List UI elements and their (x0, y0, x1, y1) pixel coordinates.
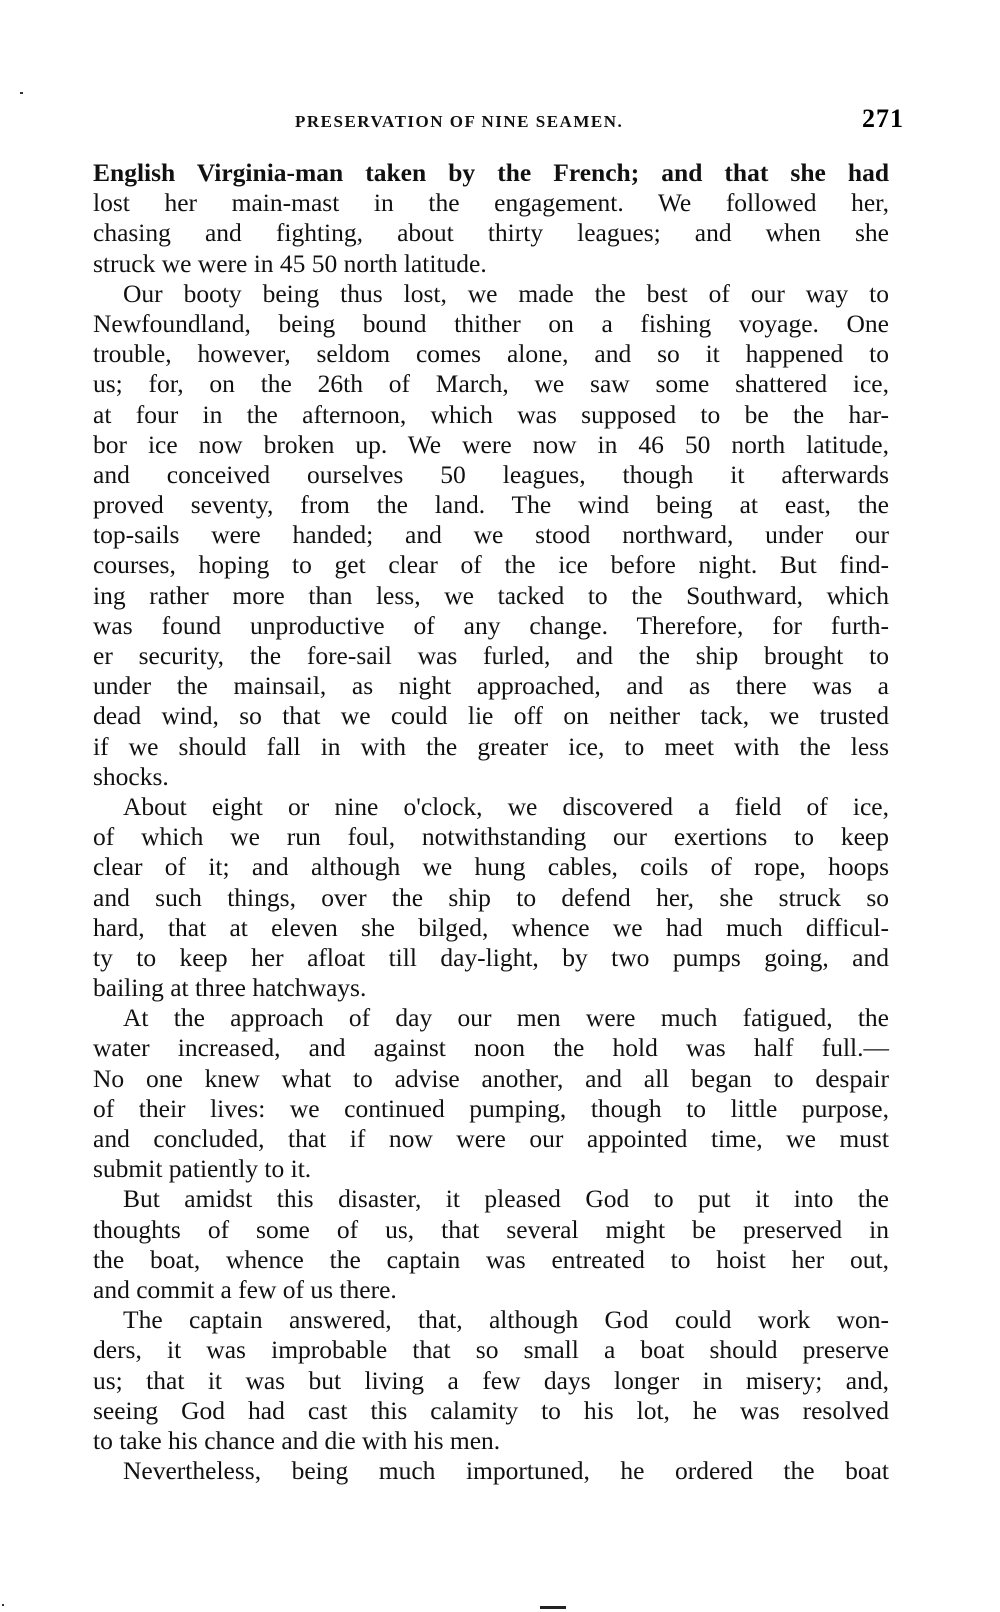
paragraph: But amidst this disaster, it pleased God… (93, 1184, 889, 1305)
text-line: Our booty being thus lost, we made the b… (93, 279, 889, 309)
text-line: clear of it; and although we hung cables… (93, 852, 889, 882)
text-line: and conceived ourselves 50 leagues, thou… (93, 460, 889, 490)
text-line: thoughts of some of us, that several mig… (93, 1215, 889, 1245)
page-number: 271 (862, 104, 904, 134)
text-line: seeing God had cast this calamity to his… (93, 1396, 889, 1426)
text-line: and concluded, that if now were our appo… (93, 1124, 889, 1154)
text-line: ders, it was improbable that so small a … (93, 1335, 889, 1365)
text-line: ty to keep her afloat till day-light, by… (93, 943, 889, 973)
paragraph: About eight or nine o'clock, we discover… (93, 792, 889, 1003)
text-line: chasing and fighting, about thirty leagu… (93, 218, 889, 248)
text-line: Nevertheless, being much importuned, he … (93, 1456, 889, 1486)
text-line: us; that it was but living a few days lo… (93, 1366, 889, 1396)
text-line: hard, that at eleven she bilged, whence … (93, 913, 889, 943)
text-line: was found unproductive of any change. Th… (93, 611, 889, 641)
text-line: the boat, whence the captain was entreat… (93, 1245, 889, 1275)
text-line: The captain answered, that, although God… (93, 1305, 889, 1335)
text-line: submit patiently to it. (93, 1154, 889, 1184)
running-head: PRESERVATION OF NINE SEAMEN. (295, 112, 715, 132)
text-line: top-sails were handed; and we stood nort… (93, 520, 889, 550)
text-line: English Virginia-man taken by the French… (93, 158, 889, 188)
text-line: proved seventy, from the land. The wind … (93, 490, 889, 520)
text-line: Newfoundland, being bound thither on a f… (93, 309, 889, 339)
text-line: At the approach of day our men were much… (93, 1003, 889, 1033)
signature-mark (540, 1606, 566, 1609)
text-line: No one knew what to advise another, and … (93, 1064, 889, 1094)
text-line: trouble, however, seldom comes alone, an… (93, 339, 889, 369)
body-text: English Virginia-man taken by the French… (93, 158, 889, 1486)
paragraph: Our booty being thus lost, we made the b… (93, 279, 889, 792)
text-line: and commit a few of us there. (93, 1275, 889, 1305)
text-line: us; for, on the 26th of March, we saw so… (93, 369, 889, 399)
text-line: bailing at three hatchways. (93, 973, 889, 1003)
paragraph: At the approach of day our men were much… (93, 1003, 889, 1184)
text-line: shocks. (93, 762, 889, 792)
text-line: But amidst this disaster, it pleased God… (93, 1184, 889, 1214)
text-line: dead wind, so that we could lie off on n… (93, 701, 889, 731)
scanned-book-page: PRESERVATION OF NINE SEAMEN. 271 English… (0, 0, 1000, 1612)
text-line: if we should fall in with the greater ic… (93, 732, 889, 762)
text-line: at four in the afternoon, which was supp… (93, 400, 889, 430)
stray-ink-mark (2, 1604, 4, 1606)
text-line: About eight or nine o'clock, we discover… (93, 792, 889, 822)
text-line: struck we were in 45 50 north latitude. (93, 249, 889, 279)
text-line: under the mainsail, as night approached,… (93, 671, 889, 701)
text-line: and such things, over the ship to defend… (93, 883, 889, 913)
text-line: ing rather more than less, we tacked to … (93, 581, 889, 611)
text-line: er security, the fore-sail was furled, a… (93, 641, 889, 671)
text-line: to take his chance and die with his men. (93, 1426, 889, 1456)
text-line: of which we run foul, notwithstanding ou… (93, 822, 889, 852)
text-line: courses, hoping to get clear of the ice … (93, 550, 889, 580)
paragraph: The captain answered, that, although God… (93, 1305, 889, 1456)
paragraph: Nevertheless, being much importuned, he … (93, 1456, 889, 1486)
paragraph: English Virginia-man taken by the French… (93, 158, 889, 279)
text-line: bor ice now broken up. We were now in 46… (93, 430, 889, 460)
text-line: of their lives: we continued pumping, th… (93, 1094, 889, 1124)
text-line: lost her main-mast in the engagement. We… (93, 188, 889, 218)
stray-ink-mark (20, 92, 23, 94)
text-line: water increased, and against noon the ho… (93, 1033, 889, 1063)
